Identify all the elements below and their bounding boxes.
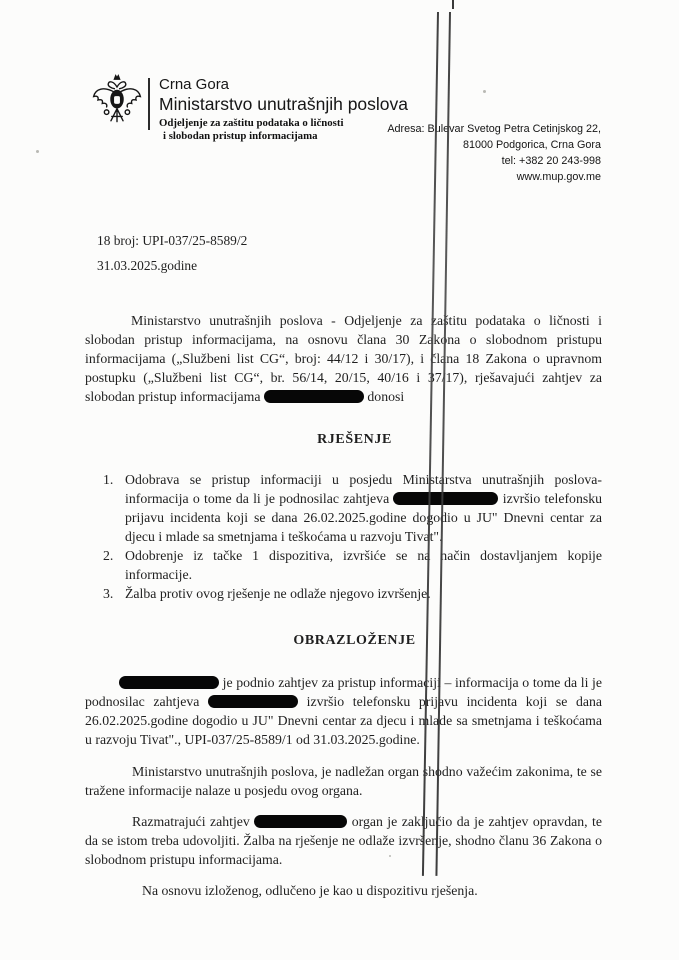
- address-line3: tel: +382 20 243-998: [387, 153, 601, 169]
- scanned-document-page: Crna Gora Ministarstvo unutrašnjih poslo…: [0, 0, 679, 960]
- org-ministry: Ministarstvo unutrašnjih poslova: [159, 94, 408, 114]
- list-item-text: Odobrenje iz tačke 1 dispozitiva, izvrši…: [125, 546, 602, 584]
- decision-list: 1. Odobrava se pristup informaciji u pos…: [85, 470, 602, 603]
- coat-of-arms-icon: [91, 73, 143, 127]
- list-item: 1. Odobrava se pristup informaciji u pos…: [85, 470, 602, 546]
- scan-artifact-tick: [452, 0, 454, 9]
- reference-number: 18 broj: UPI-037/25-8589/2: [97, 231, 602, 250]
- reference-block: 18 broj: UPI-037/25-8589/2 31.03.2025.go…: [97, 231, 602, 275]
- list-item-number: 2.: [85, 546, 125, 584]
- heading-obrazlozenje: OBRAZLOŽENJE: [85, 631, 602, 650]
- list-item: 3. Žalba protiv ovog rješenje ne odlaže …: [85, 584, 602, 603]
- scan-speck: [389, 855, 391, 857]
- document-body: 18 broj: UPI-037/25-8589/2 31.03.2025.go…: [85, 231, 602, 900]
- reference-date: 31.03.2025.godine: [97, 256, 602, 275]
- heading-rjesenje: RJEŠENJE: [85, 430, 602, 449]
- redaction-bar: [393, 492, 498, 505]
- list-item-number: 3.: [85, 584, 125, 603]
- address-line1: Adresa: Bulevar Svetog Petra Cetinjskog …: [387, 121, 601, 137]
- org-department-line1: Odjeljenje za zaštitu podataka o ličnost…: [159, 117, 408, 130]
- scan-speck: [36, 150, 39, 153]
- list-item-text: Odobrava se pristup informaciji u posjed…: [125, 470, 602, 546]
- scan-speck: [483, 90, 486, 93]
- closing-paragraph: Na osnovu izloženog, odlučeno je kao u d…: [85, 881, 602, 900]
- address-website: www.mup.gov.me: [387, 169, 601, 185]
- address-line2: 81000 Podgorica, Crna Gora: [387, 137, 601, 153]
- redaction-bar: [264, 390, 364, 403]
- organization-block: Crna Gora Ministarstvo unutrašnjih poslo…: [159, 76, 408, 143]
- explanation-paragraph-3: Razmatrajući zahtjev organ je zaključio …: [85, 812, 602, 869]
- list-item-number: 1.: [85, 470, 125, 546]
- list-item: 2. Odobrenje iz tačke 1 dispozitiva, izv…: [85, 546, 602, 584]
- org-country: Crna Gora: [159, 76, 408, 93]
- list-item-text: Žalba protiv ovog rješenje ne odlaže nje…: [125, 584, 602, 603]
- redaction-bar: [119, 676, 219, 689]
- org-department-line2: i slobodan pristup informacijama: [163, 130, 408, 143]
- explanation-paragraph-1: je podnio zahtjev za pristup informaciji…: [85, 673, 602, 749]
- redaction-bar: [254, 815, 347, 828]
- explanation-paragraph-2: Ministarstvo unutrašnjih poslova, je nad…: [85, 762, 602, 800]
- intro-paragraph: Ministarstvo unutrašnjih poslova - Odjel…: [85, 311, 602, 406]
- header-divider: [148, 78, 150, 130]
- address-block: Adresa: Bulevar Svetog Petra Cetinjskog …: [387, 121, 601, 185]
- redaction-bar: [208, 695, 298, 708]
